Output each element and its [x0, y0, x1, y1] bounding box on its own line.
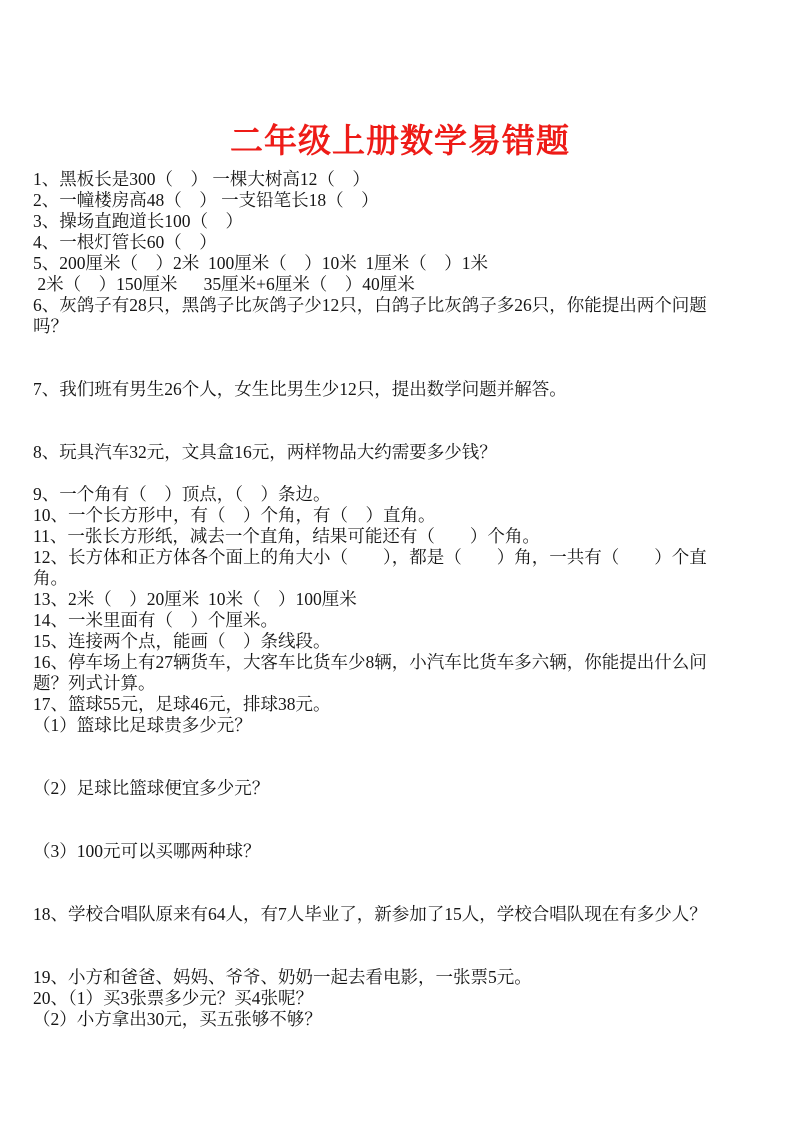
question-2: 2、一幢楼房高48（ ） 一支铅笔长18（ ） [33, 190, 767, 211]
question-18: 18、学校合唱队原来有64人，有7人毕业了，新参加了15人，学校合唱队现在有多少… [33, 904, 767, 925]
question-13: 13、2米（ ）20厘米 10米（ ）100厘米 [33, 589, 767, 610]
question-17-sub-1: （1）篮球比足球贵多少元？ [33, 715, 767, 736]
worksheet-page: 二年级上册数学易错题 1、黑板长是300（ ） 一棵大树高12（ ） 2、一幢楼… [0, 0, 793, 1122]
question-5: 5、200厘米（ ）2米 100厘米（ ）10米 1厘米（ ）1米 2米（ ）1… [33, 253, 767, 295]
question-7: 7、我们班有男生26个人，女生比男生少12只，提出数学问题并解答。 [33, 379, 767, 400]
question-19: 19、小方和爸爸、妈妈、爷爷、奶奶一起去看电影，一张票5元。 [33, 967, 767, 988]
question-17-sub-3: （3）100元可以买哪两种球？ [33, 841, 767, 862]
question-15: 15、连接两个点，能画（ ）条线段。 [33, 631, 767, 652]
question-3: 3、操场直跑道长100（ ） [33, 211, 767, 232]
question-6: 6、灰鸽子有28只，黑鸽子比灰鸽子少12只，白鸽子比灰鸽子多26只，你能提出两个… [33, 295, 767, 337]
question-10: 10、一个长方形中，有（ ）个角，有（ ）直角。 [33, 505, 767, 526]
question-11: 11、一张长方形纸，减去一个直角，结果可能还有（ ）个角。 [33, 526, 767, 547]
question-20-sub-1: 20、（1）买3张票多少元？买4张呢？ [33, 988, 767, 1009]
question-17: 17、篮球55元，足球46元，排球38元。 [33, 694, 767, 715]
worksheet-title: 二年级上册数学易错题 [33, 121, 767, 161]
question-9: 9、一个角有（ ）顶点，（ ）条边。 [33, 484, 767, 505]
question-20-sub-2: （2）小方拿出30元，买五张够不够？ [33, 1009, 767, 1030]
question-4: 4、一根灯管长60（ ） [33, 232, 767, 253]
question-14: 14、一米里面有（ ）个厘米。 [33, 610, 767, 631]
question-12: 12、长方体和正方体各个面上的角大小（ ），都是（ ）角，一共有（ ）个直 角。 [33, 547, 767, 589]
question-8: 8、玩具汽车32元，文具盒16元，两样物品大约需要多少钱？ [33, 442, 767, 463]
question-16: 16、停车场上有27辆货车，大客车比货车少8辆，小汽车比货车多六辆，你能提出什么… [33, 652, 767, 694]
question-1: 1、黑板长是300（ ） 一棵大树高12（ ） [33, 169, 767, 190]
question-17-sub-2: （2）足球比篮球便宜多少元？ [33, 778, 767, 799]
